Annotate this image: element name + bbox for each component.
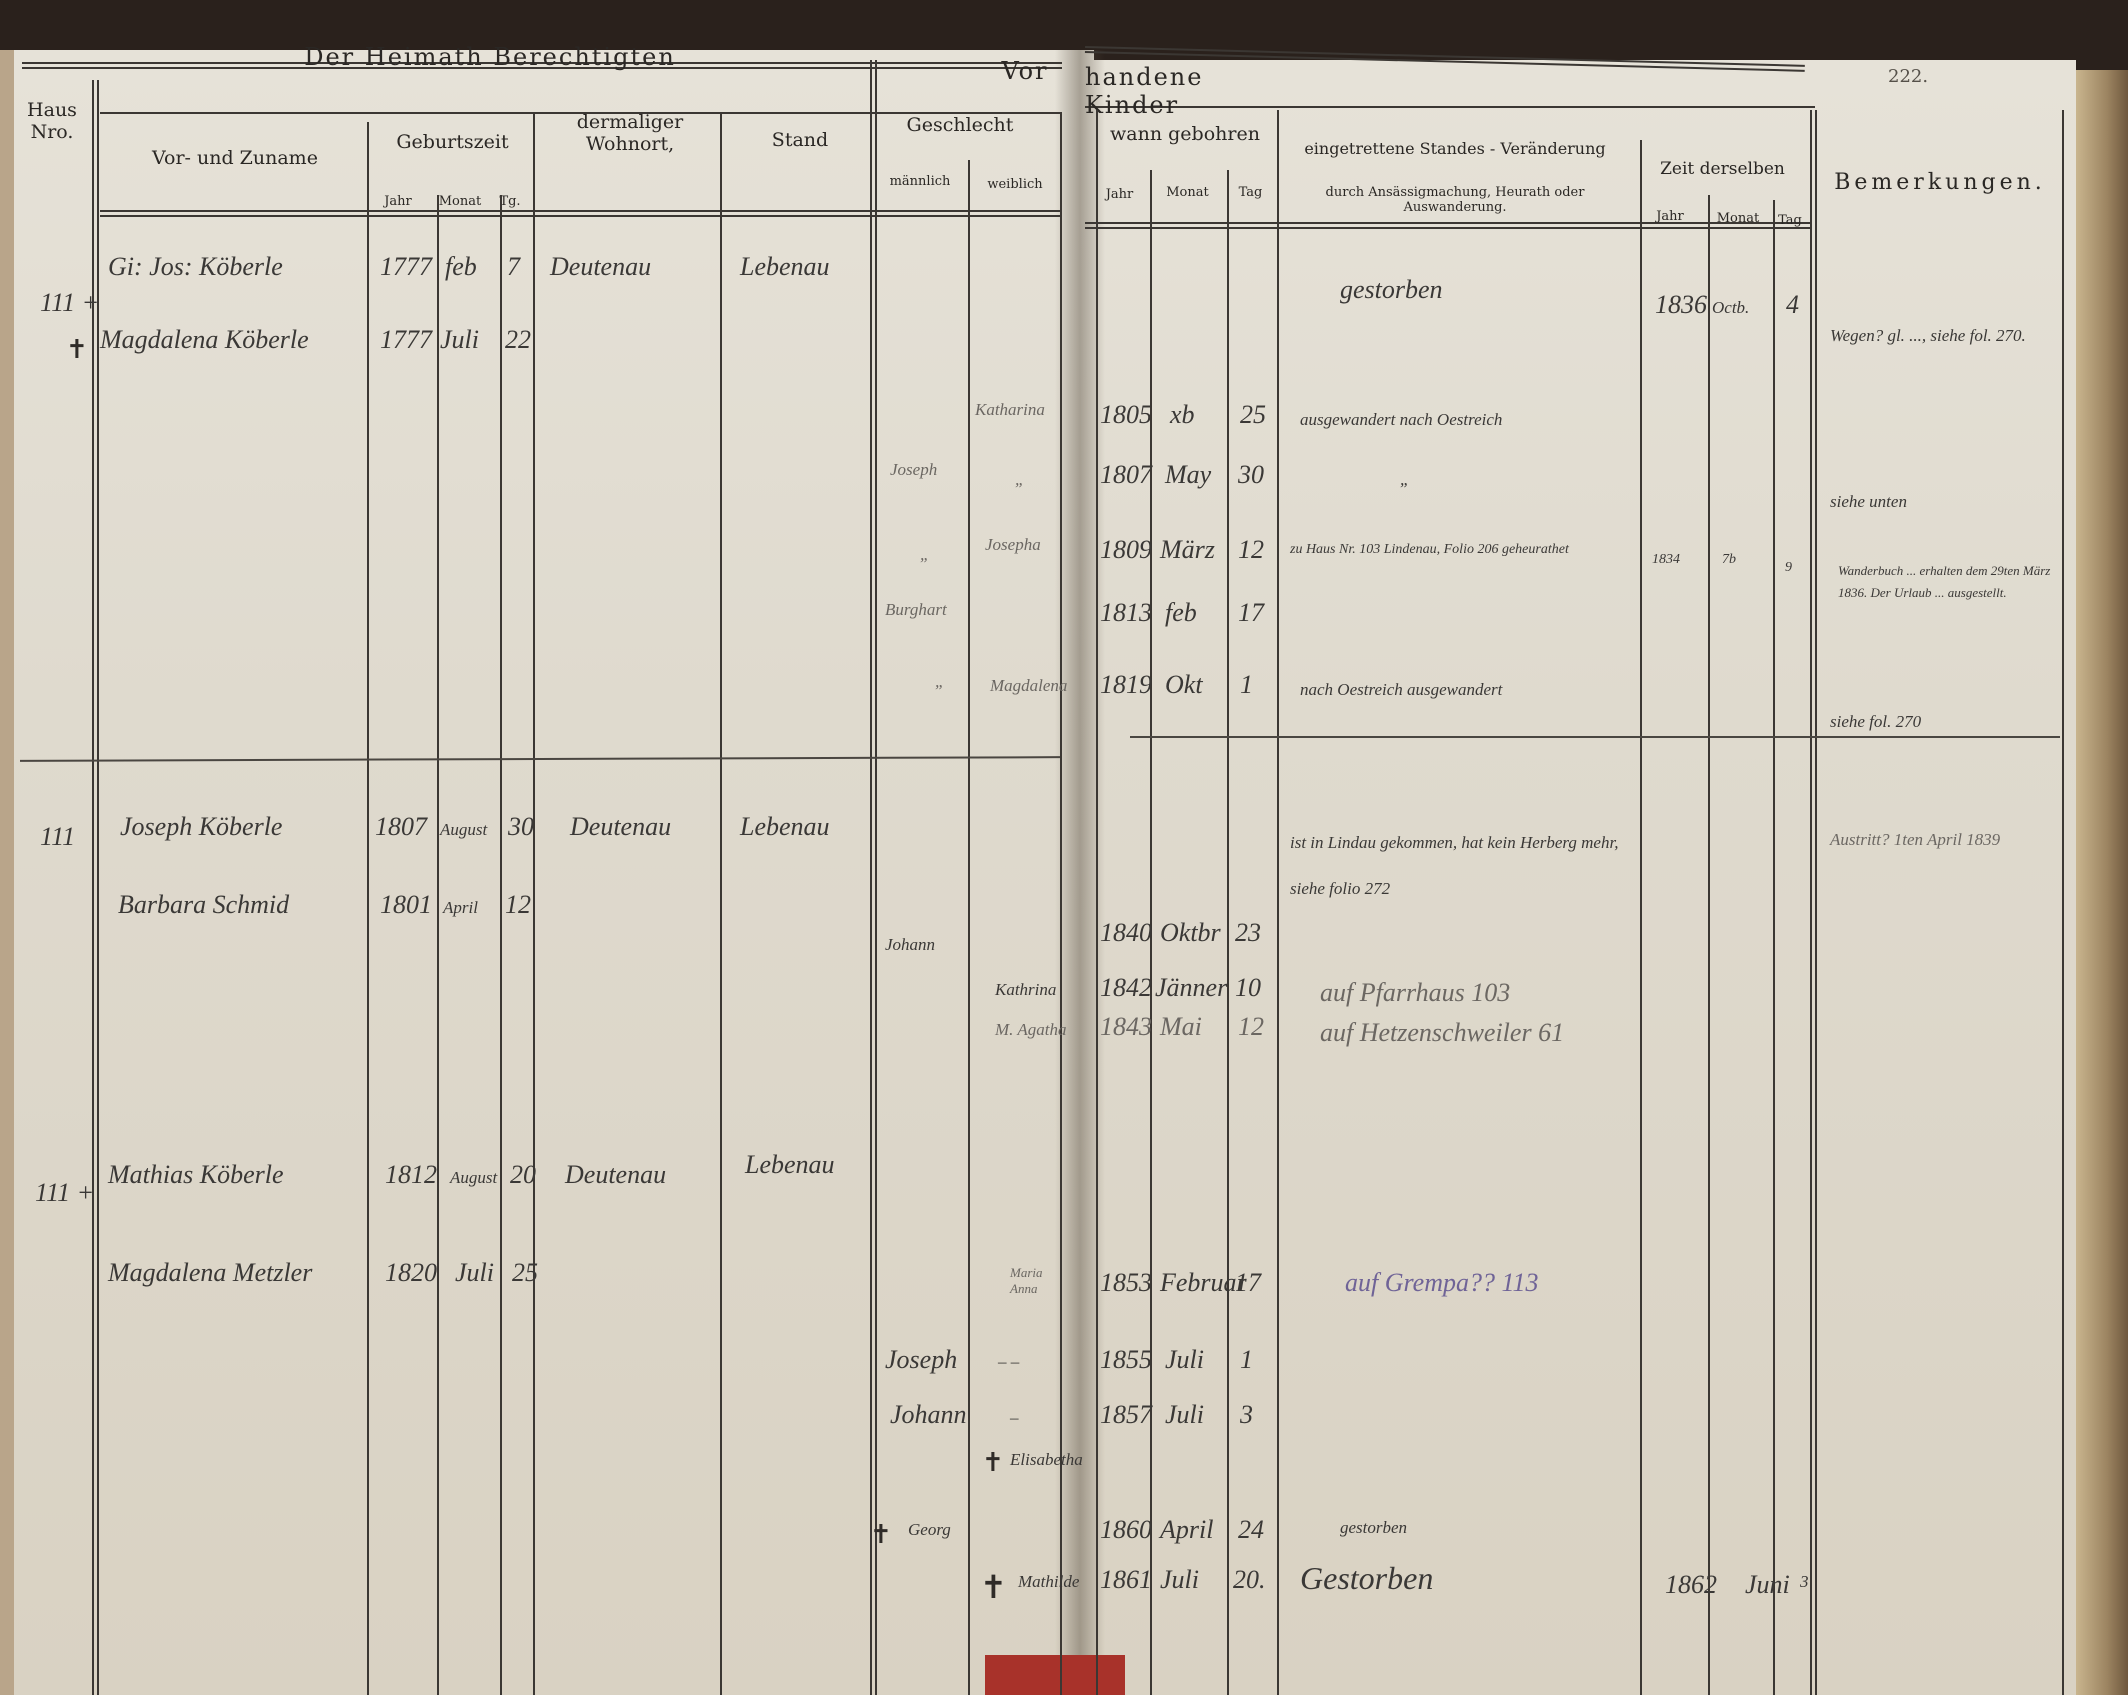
- child-birth-month: Jänner: [1155, 973, 1227, 1003]
- left-page: [0, 50, 1094, 1695]
- remark: siehe unten: [1830, 492, 1907, 512]
- header-zeit-monat: Monat: [1708, 212, 1768, 227]
- parent-wohnort: Deutenau: [565, 1160, 666, 1190]
- child-male: Johann: [890, 1400, 967, 1430]
- col-rule-veraenderung: [1640, 140, 1642, 1695]
- child-birth-day: 23: [1235, 918, 1261, 948]
- header-wohnort: dermaliger Wohnort,: [545, 112, 715, 156]
- status-change: gestorben: [1340, 275, 1443, 305]
- ledger-spread: Der Heimath Berechtigten Vor handene Kin…: [0, 0, 2128, 1695]
- child-female: – –: [998, 1352, 1019, 1372]
- header-geb-monat: Monat: [430, 195, 490, 210]
- remark: Austritt? 1ten April 1839: [1830, 830, 2060, 850]
- parent-wohnort: Deutenau: [570, 812, 671, 842]
- parent-name: Mathias Köberle: [108, 1160, 284, 1190]
- col-rule-zeit-tag: [1810, 110, 1817, 1695]
- col-rule-zeit-monat: [1773, 200, 1775, 1695]
- parent-wohnort: Deutenau: [550, 252, 651, 282]
- header-maennlich: männlich: [880, 175, 960, 190]
- header-kind-tag: Tag: [1228, 186, 1273, 201]
- parent-birth-year: 1777: [380, 252, 432, 282]
- child-birth-year: 1819: [1100, 670, 1152, 700]
- binding-cloth: [985, 1655, 1125, 1695]
- parent-birth-year: 1820: [385, 1258, 437, 1288]
- child-birth-year: 1809: [1100, 535, 1152, 565]
- child-male: Georg: [908, 1520, 951, 1540]
- header-geburtszeit: Geburtszeit: [370, 132, 535, 154]
- header-bottom-rule-left: [100, 210, 1060, 217]
- child-birth-year: 1807: [1100, 460, 1152, 490]
- child-birth-month: Februar: [1160, 1268, 1247, 1298]
- col-rule-haus: [92, 80, 99, 1695]
- header-wann-gebohren: wann gebohren: [1095, 124, 1275, 146]
- child-female: „: [1015, 470, 1024, 490]
- parent-name: Magdalena Metzler: [108, 1258, 312, 1288]
- header-stand: Stand: [725, 130, 875, 152]
- child-birth-day: 10: [1235, 973, 1261, 1003]
- parent-birth-year: 1807: [375, 812, 427, 842]
- child-status-change: gestorben: [1340, 1518, 1407, 1538]
- parent-birth-month: Juli: [455, 1258, 494, 1288]
- child-birth-year: 1842: [1100, 973, 1152, 1003]
- parent-name: Joseph Köberle: [120, 812, 282, 842]
- deceased-cross-icon: ✝: [870, 1520, 892, 1550]
- banner-heimath-berechtigten: Der Heimath Berechtigten: [280, 44, 700, 72]
- child-male: Joseph: [885, 1345, 957, 1375]
- child-birth-month: xb: [1170, 400, 1195, 430]
- child-birth-year: 1813: [1100, 598, 1152, 628]
- parent-birth-day: 7: [507, 252, 520, 282]
- remark: Wegen? gl. ..., siehe fol. 270.: [1830, 308, 2050, 363]
- status-change: ist in Lindau gekommen, hat kein Herberg…: [1290, 820, 1635, 912]
- parent-birth-day: 22: [505, 325, 531, 355]
- child-male: Joseph: [890, 460, 937, 480]
- child-birth-day: 17: [1238, 598, 1264, 628]
- col-rule-stand: [870, 60, 877, 1695]
- child-status-change: nach Oestreich ausgewandert: [1300, 680, 1502, 700]
- col-rule-wohnort: [720, 112, 722, 1695]
- change-month: Juni: [1745, 1570, 1790, 1600]
- child-birth-day: 30: [1238, 460, 1264, 490]
- child-female: Maria Anna: [1010, 1265, 1060, 1297]
- parent-birth-year: 1812: [385, 1160, 437, 1190]
- child-birth-month: feb: [1165, 598, 1197, 628]
- parent-birth-day: 25: [512, 1258, 538, 1288]
- child-birth-year: 1857: [1100, 1400, 1152, 1430]
- child-female: Josepha: [985, 535, 1041, 555]
- child-birth-month: Juli: [1165, 1345, 1204, 1375]
- household-divider-1-right: [1130, 736, 2060, 738]
- parent-birth-month: April: [443, 898, 478, 918]
- haus-nro: 111: [40, 822, 75, 852]
- header-geb-jahr: Jahr: [378, 195, 418, 210]
- child-male: Johann: [885, 935, 935, 955]
- deceased-cross-icon: ✝: [980, 1568, 1007, 1606]
- child-birth-year: 1805: [1100, 400, 1152, 430]
- parent-birth-month: August: [450, 1168, 497, 1188]
- child-status-change: auf Hetzenschweiler 61: [1320, 1018, 1564, 1048]
- parent-stand: Lebenau: [745, 1150, 835, 1180]
- child-female: M. Agatha: [995, 1020, 1066, 1040]
- header-vor-zuname: Vor- und Zuname: [105, 148, 365, 170]
- child-female: Mathilde: [1018, 1572, 1079, 1592]
- child-birth-day: 1: [1240, 1345, 1253, 1375]
- parent-birth-month: August: [440, 820, 487, 840]
- child-birth-day: 20.: [1233, 1565, 1266, 1595]
- parent-birth-year: 1777: [380, 325, 432, 355]
- parent-birth-month: feb: [445, 252, 477, 282]
- child-birth-year: 1840: [1100, 918, 1152, 948]
- banner-vor: Vor: [990, 58, 1060, 86]
- parent-birth-day: 20: [510, 1160, 536, 1190]
- banner-handene-kinder: handene Kinder: [1085, 64, 1305, 119]
- child-birth-day: 1: [1240, 670, 1253, 700]
- parent-birth-day: 12: [505, 890, 531, 920]
- parent-birth-day: 30: [508, 812, 534, 842]
- header-zeit-tag: Tag: [1772, 214, 1808, 229]
- col-rule-jahr: [437, 195, 439, 1695]
- book-edge: [2076, 70, 2128, 1695]
- child-status-change: ausgewandert nach Oestreich: [1300, 410, 1502, 430]
- child-female: –: [1010, 1408, 1019, 1428]
- status-month: Octb.: [1712, 298, 1749, 318]
- child-status-change: auf Pfarrhaus 103: [1320, 978, 1510, 1008]
- child-female: Magdalena: [990, 676, 1067, 696]
- parent-name: Magdalena Köberle: [100, 325, 309, 355]
- remark: siehe fol. 270: [1830, 712, 1921, 732]
- child-status-change: auf Grempa?? 113: [1345, 1268, 1539, 1298]
- header-kind-monat: Monat: [1150, 186, 1225, 201]
- haus-nro: 111 +: [40, 288, 99, 318]
- col-rule-kind-monat: [1227, 170, 1229, 1695]
- child-birth-month: Oktbr: [1160, 918, 1221, 948]
- child-male: „: [920, 545, 929, 565]
- parent-stand: Lebenau: [740, 812, 830, 842]
- page-number: 222.: [1888, 66, 1928, 87]
- parent-birth-month: Juli: [440, 325, 479, 355]
- change-year: 1834: [1652, 552, 1680, 568]
- status-year: 1836: [1655, 290, 1707, 320]
- deceased-cross-icon: ✝: [66, 335, 88, 365]
- col-rule-tag: [533, 112, 535, 1695]
- parent-name: Barbara Schmid: [118, 890, 289, 920]
- child-female: Elisabetha: [1010, 1450, 1083, 1470]
- child-birth-month: May: [1165, 460, 1211, 490]
- col-rule-zeit-jahr: [1708, 195, 1710, 1695]
- child-birth-day: 24: [1238, 1515, 1264, 1545]
- child-birth-month: Juli: [1160, 1565, 1199, 1595]
- child-birth-day: 17: [1235, 1268, 1261, 1298]
- header-weiblich: weiblich: [975, 178, 1055, 193]
- child-birth-day: 3: [1240, 1400, 1253, 1430]
- child-birth-year: 1861: [1100, 1565, 1152, 1595]
- child-male: Burghart: [885, 600, 947, 620]
- parent-name: Gi: Jos: Köberle: [108, 252, 283, 282]
- deceased-cross-icon: ✝: [982, 1448, 1004, 1478]
- child-female: Katharina: [975, 400, 1045, 420]
- child-birth-day: 12: [1238, 535, 1264, 565]
- change-day: 3: [1800, 1572, 1809, 1592]
- change-month: 7b: [1722, 552, 1736, 568]
- child-birth-month: Mai: [1160, 1012, 1202, 1042]
- header-standes-veraenderung: eingetrettene Standes - Veränderung: [1290, 140, 1620, 158]
- header-bottom-rule-right: [1085, 222, 1810, 229]
- col-rule-bemerk-end: [2062, 110, 2064, 1695]
- child-birth-month: Juli: [1165, 1400, 1204, 1430]
- col-rule-kind-start: [1096, 110, 1098, 1695]
- header-zeit-jahr: Jahr: [1645, 210, 1695, 225]
- child-status-change: Gestorben: [1300, 1560, 1433, 1597]
- col-rule-kind-tag: [1277, 110, 1279, 1695]
- child-birth-day: 12: [1238, 1012, 1264, 1042]
- status-day: 4: [1786, 290, 1799, 320]
- haus-nro: 111 +: [35, 1178, 94, 1208]
- col-rule-monat: [500, 195, 502, 1695]
- child-birth-year: 1853: [1100, 1268, 1152, 1298]
- child-birth-year: 1843: [1100, 1012, 1152, 1042]
- child-male: „: [935, 672, 944, 692]
- header-geschlecht: Geschlecht: [880, 115, 1040, 137]
- col-rule-name: [367, 122, 369, 1695]
- header-bemerkungen: Bemerkungen.: [1820, 170, 2060, 195]
- child-birth-month: März: [1160, 535, 1215, 565]
- child-status-change: zu Haus Nr. 103 Lindenau, Folio 206 gehe…: [1290, 542, 1630, 558]
- change-day: 9: [1785, 560, 1792, 576]
- remark: Wanderbuch ... erhalten dem 29ten März 1…: [1838, 560, 2058, 604]
- child-birth-year: 1860: [1100, 1515, 1152, 1545]
- header-kind-jahr: Jahr: [1092, 188, 1147, 203]
- child-birth-day: 25: [1240, 400, 1266, 430]
- change-year: 1862: [1665, 1570, 1717, 1600]
- col-rule-maennlich: [968, 160, 970, 1695]
- parent-stand: Lebenau: [740, 252, 830, 282]
- header-haus-nro: Haus Nro.: [12, 100, 92, 144]
- child-female: Kathrina: [995, 980, 1056, 1000]
- parent-birth-year: 1801: [380, 890, 432, 920]
- child-birth-year: 1855: [1100, 1345, 1152, 1375]
- child-birth-month: April: [1160, 1515, 1213, 1545]
- header-zeit-derselben: Zeit derselben: [1640, 160, 1805, 180]
- header-standes-sub: durch Ansässigmachung, Heurath oder Ausw…: [1300, 186, 1610, 216]
- child-status-change: „: [1400, 470, 1409, 490]
- child-birth-month: Okt: [1165, 670, 1203, 700]
